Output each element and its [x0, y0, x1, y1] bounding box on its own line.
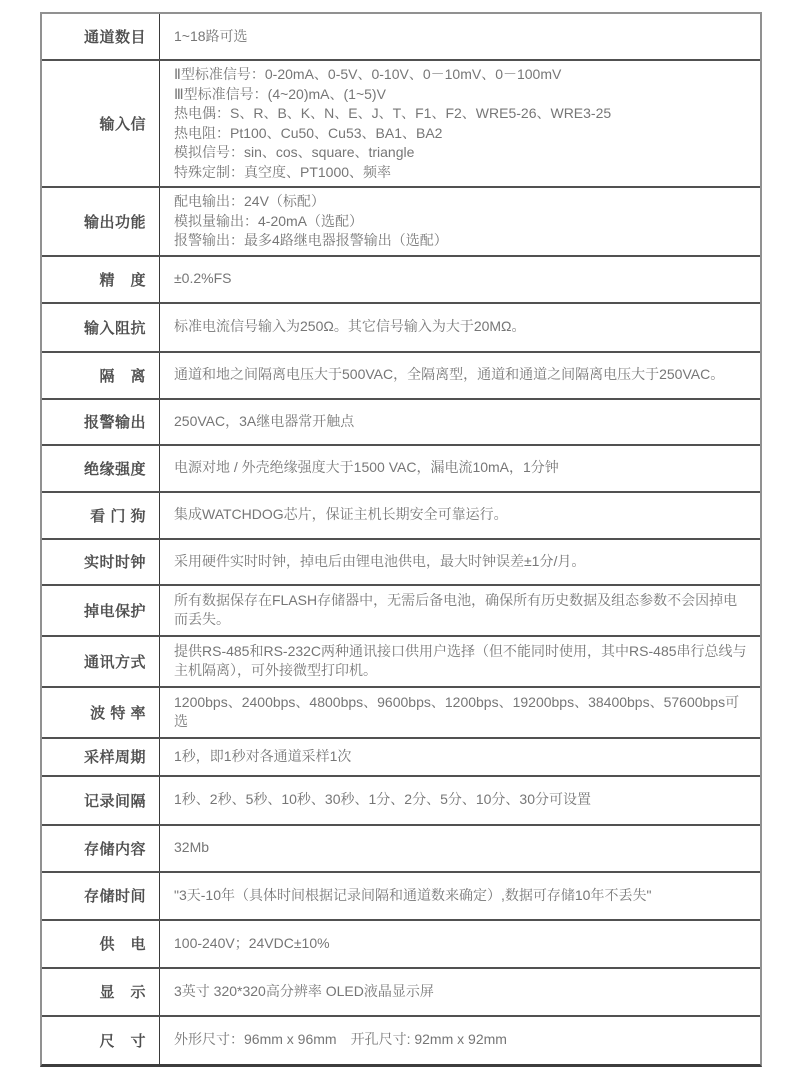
- spec-value-line: 3英寸 320*320高分辨率 OLED液晶显示屏: [174, 982, 750, 1002]
- spec-value-line: 特殊定制：真空度、PT1000、频率: [174, 163, 750, 183]
- table-row: 通道数目 1~18路可选: [42, 14, 760, 59]
- spec-value: Ⅱ型标准信号：0-20mA、0-5V、0-10V、0－10mV、0－100mVⅢ…: [160, 61, 760, 186]
- table-row: 隔 离 通道和地之间隔离电压大于500VAC，全隔离型，通道和通道之间隔离电压大…: [42, 351, 760, 398]
- spec-label: 显 示: [42, 969, 160, 1015]
- table-row: 记录间隔 1秒、2秒、5秒、10秒、30秒、1分、2分、5分、10分、30分可设…: [42, 775, 760, 824]
- spec-value: 32Mb: [160, 826, 760, 871]
- table-row: 实时时钟 采用硬件实时时钟，掉电后由锂电池供电，最大时钟误差±1分/月。: [42, 538, 760, 584]
- spec-label: 输出功能: [42, 188, 160, 255]
- spec-value-line: 标准电流信号输入为250Ω。其它信号输入为大于20MΩ。: [174, 317, 750, 337]
- spec-value-line: 所有数据保存在FLASH存储器中，无需后备电池，确保所有历史数据及组态参数不会因…: [174, 591, 750, 630]
- spec-value: 通道和地之间隔离电压大于500VAC，全隔离型，通道和通道之间隔离电压大于250…: [160, 353, 760, 398]
- spec-value: ±0.2%FS: [160, 257, 760, 302]
- spec-value: 集成WATCHDOG芯片，保证主机长期安全可靠运行。: [160, 493, 760, 538]
- table-row: 尺 寸 外形尺寸：96mm x 96mm 开孔尺寸: 92mm x 92mm: [42, 1015, 760, 1064]
- spec-label: 看 门 狗: [42, 493, 160, 538]
- spec-value: 100-240V；24VDC±10%: [160, 921, 760, 967]
- spec-label: 通道数目: [42, 14, 160, 59]
- spec-label: 记录间隔: [42, 777, 160, 824]
- spec-value-line: 1200bps、2400bps、4800bps、9600bps、1200bps、…: [174, 693, 750, 732]
- table-row: 掉电保护 所有数据保存在FLASH存储器中，无需后备电池，确保所有历史数据及组态…: [42, 584, 760, 635]
- spec-value: 250VAC，3A继电器常开触点: [160, 400, 760, 444]
- spec-value-line: 采用硬件实时时钟，掉电后由锂电池供电，最大时钟误差±1分/月。: [174, 552, 750, 572]
- spec-table: 通道数目 1~18路可选 输入信 Ⅱ型标准信号：0-20mA、0-5V、0-10…: [40, 12, 762, 1067]
- table-row: 波 特 率 1200bps、2400bps、4800bps、9600bps、12…: [42, 686, 760, 737]
- spec-value-line: 热电阻：Pt100、Cu50、Cu53、BA1、BA2: [174, 124, 750, 144]
- table-row: 通讯方式 提供RS-485和RS-232C两种通讯接口供用户选择（但不能同时使用…: [42, 635, 760, 686]
- table-row: 供 电 100-240V；24VDC±10%: [42, 919, 760, 967]
- spec-value-line: 100-240V；24VDC±10%: [174, 934, 750, 954]
- table-row: 精 度 ±0.2%FS: [42, 255, 760, 302]
- spec-value-line: 模拟量输出：4-20mA（选配）: [174, 212, 750, 232]
- spec-label: 存储时间: [42, 873, 160, 919]
- spec-label: 供 电: [42, 921, 160, 967]
- spec-value-line: 1秒、2秒、5秒、10秒、30秒、1分、2分、5分、10分、30分可设置: [174, 790, 750, 810]
- table-row: 存储内容 32Mb: [42, 824, 760, 871]
- spec-value: 3英寸 320*320高分辨率 OLED液晶显示屏: [160, 969, 760, 1015]
- spec-label: 报警输出: [42, 400, 160, 444]
- spec-label: 绝缘强度: [42, 446, 160, 491]
- spec-value: 标准电流信号输入为250Ω。其它信号输入为大于20MΩ。: [160, 304, 760, 351]
- spec-value: "3天-10年（具体时间根据记录间隔和通道数来确定）,数据可存储10年不丢失": [160, 873, 760, 919]
- spec-label: 存储内容: [42, 826, 160, 871]
- spec-value: 所有数据保存在FLASH存储器中，无需后备电池，确保所有历史数据及组态参数不会因…: [160, 586, 760, 635]
- table-row: 报警输出 250VAC，3A继电器常开触点: [42, 398, 760, 444]
- spec-value-line: 通道和地之间隔离电压大于500VAC，全隔离型，通道和通道之间隔离电压大于250…: [174, 365, 750, 385]
- spec-label: 精 度: [42, 257, 160, 302]
- spec-value-line: 电源对地 / 外壳绝缘强度大于1500 VAC，漏电流10mA，1分钟: [174, 458, 750, 478]
- table-row: 输入阻抗 标准电流信号输入为250Ω。其它信号输入为大于20MΩ。: [42, 302, 760, 351]
- spec-label: 掉电保护: [42, 586, 160, 635]
- spec-label: 波 特 率: [42, 688, 160, 737]
- spec-value: 1秒，即1秒对各通道采样1次: [160, 739, 760, 775]
- spec-label: 输入阻抗: [42, 304, 160, 351]
- spec-value: 电源对地 / 外壳绝缘强度大于1500 VAC，漏电流10mA，1分钟: [160, 446, 760, 491]
- table-row: 看 门 狗 集成WATCHDOG芯片，保证主机长期安全可靠运行。: [42, 491, 760, 538]
- spec-label: 实时时钟: [42, 540, 160, 584]
- table-row: 绝缘强度 电源对地 / 外壳绝缘强度大于1500 VAC，漏电流10mA，1分钟: [42, 444, 760, 491]
- spec-value: 配电输出：24V（标配）模拟量输出：4-20mA（选配）报警输出：最多4路继电器…: [160, 188, 760, 255]
- spec-value-line: 1~18路可选: [174, 27, 750, 47]
- spec-value: 1秒、2秒、5秒、10秒、30秒、1分、2分、5分、10分、30分可设置: [160, 777, 760, 824]
- spec-value: 提供RS-485和RS-232C两种通讯接口供用户选择（但不能同时使用，其中RS…: [160, 637, 760, 686]
- spec-value-line: 集成WATCHDOG芯片，保证主机长期安全可靠运行。: [174, 505, 750, 525]
- spec-value-line: 配电输出：24V（标配）: [174, 192, 750, 212]
- spec-label: 尺 寸: [42, 1017, 160, 1064]
- spec-value-line: 外形尺寸：96mm x 96mm 开孔尺寸: 92mm x 92mm: [174, 1030, 750, 1050]
- spec-label: 输入信: [42, 61, 160, 186]
- spec-value-line: 模拟信号：sin、cos、square、triangle: [174, 143, 750, 163]
- spec-value-line: 热电偶：S、R、B、K、N、E、J、T、F1、F2、WRE5-26、WRE3-2…: [174, 104, 750, 124]
- spec-value-line: Ⅲ型标准信号：(4~20)mA、(1~5)V: [174, 85, 750, 105]
- table-row: 存储时间 "3天-10年（具体时间根据记录间隔和通道数来确定）,数据可存储10年…: [42, 871, 760, 919]
- spec-value-line: "3天-10年（具体时间根据记录间隔和通道数来确定）,数据可存储10年不丢失": [174, 886, 750, 906]
- spec-value-line: 提供RS-485和RS-232C两种通讯接口供用户选择（但不能同时使用，其中RS…: [174, 642, 750, 681]
- spec-label: 采样周期: [42, 739, 160, 775]
- spec-value: 1~18路可选: [160, 14, 760, 59]
- table-row: 采样周期 1秒，即1秒对各通道采样1次: [42, 737, 760, 775]
- table-row: 输入信 Ⅱ型标准信号：0-20mA、0-5V、0-10V、0－10mV、0－10…: [42, 59, 760, 186]
- spec-value-line: ±0.2%FS: [174, 269, 750, 289]
- spec-value: 采用硬件实时时钟，掉电后由锂电池供电，最大时钟误差±1分/月。: [160, 540, 760, 584]
- spec-value-line: 报警输出：最多4路继电器报警输出（选配）: [174, 231, 750, 251]
- spec-value-line: 1秒，即1秒对各通道采样1次: [174, 747, 750, 767]
- spec-label: 隔 离: [42, 353, 160, 398]
- spec-value-line: 32Mb: [174, 838, 750, 858]
- spec-value-line: 250VAC，3A继电器常开触点: [174, 412, 750, 432]
- spec-value: 1200bps、2400bps、4800bps、9600bps、1200bps、…: [160, 688, 760, 737]
- table-row: 显 示 3英寸 320*320高分辨率 OLED液晶显示屏: [42, 967, 760, 1015]
- spec-value: 外形尺寸：96mm x 96mm 开孔尺寸: 92mm x 92mm: [160, 1017, 760, 1064]
- table-row: 输出功能 配电输出：24V（标配）模拟量输出：4-20mA（选配）报警输出：最多…: [42, 186, 760, 255]
- spec-value-line: Ⅱ型标准信号：0-20mA、0-5V、0-10V、0－10mV、0－100mV: [174, 65, 750, 85]
- spec-label: 通讯方式: [42, 637, 160, 686]
